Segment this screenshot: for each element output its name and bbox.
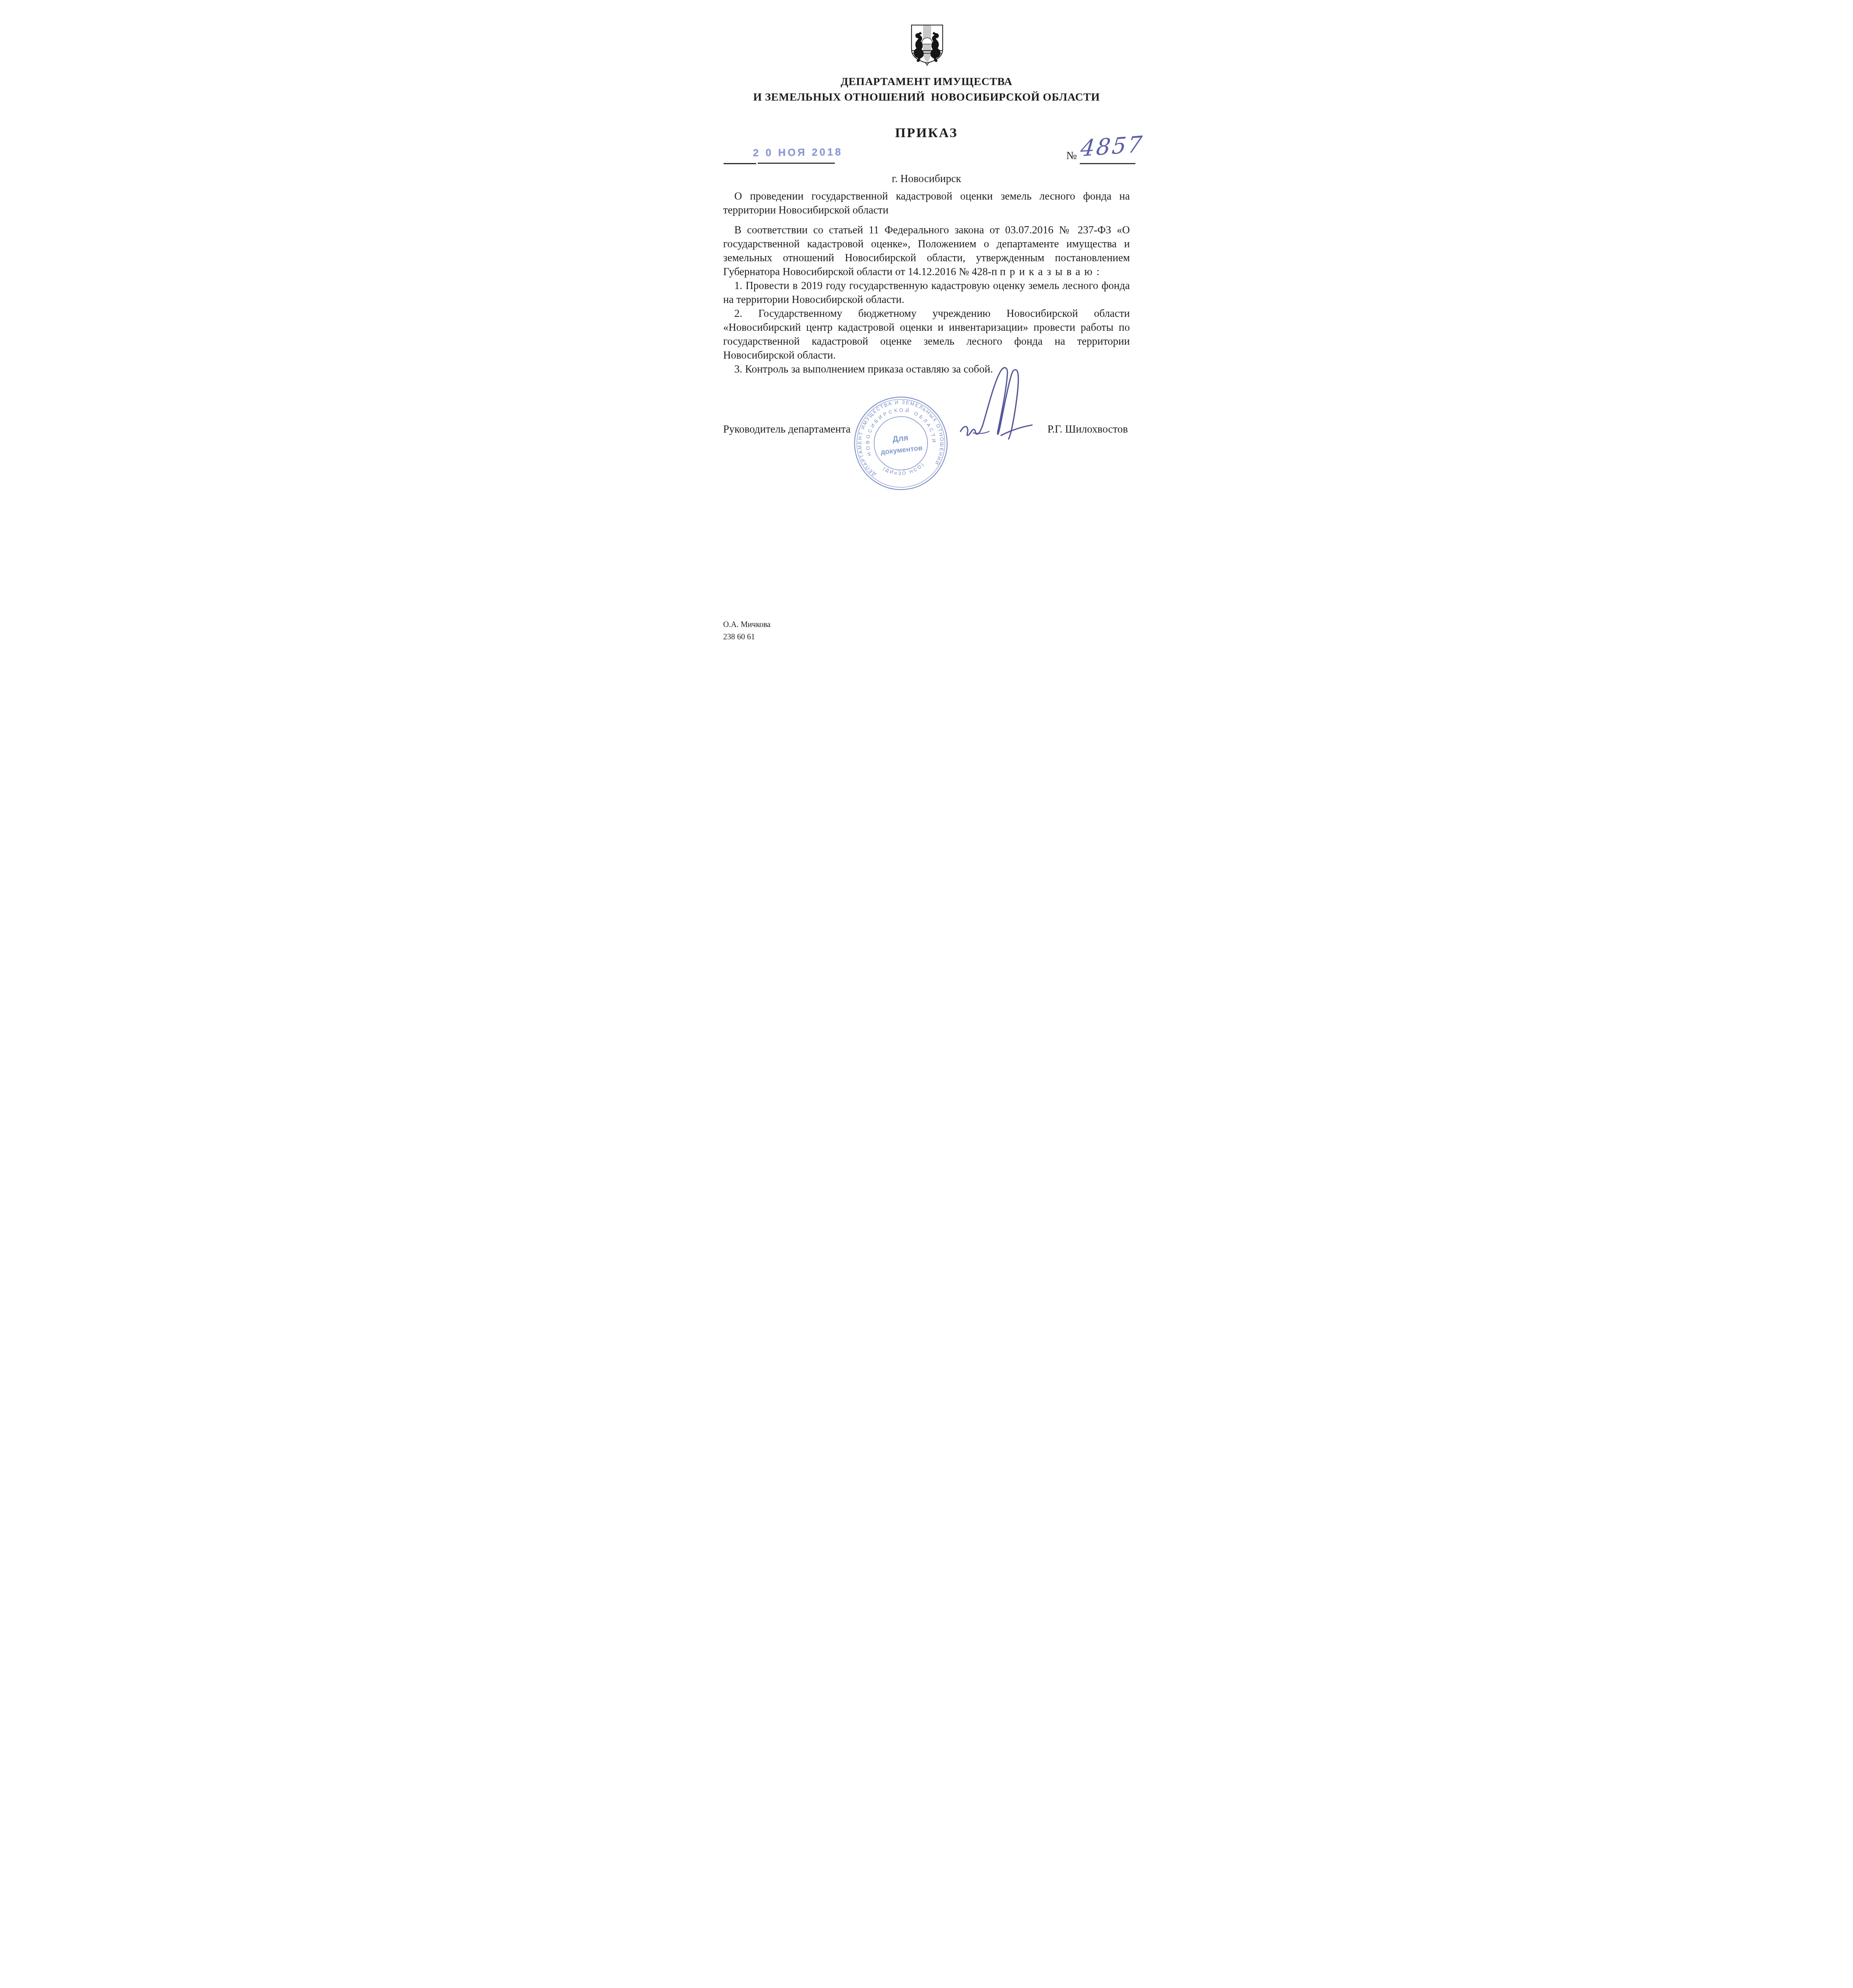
stamp-center-line2: документов — [880, 444, 923, 456]
place-line: г. Новосибирск — [695, 173, 1158, 185]
scanned-order-document: ДЕПАРТАМЕНТ ИМУЩЕСТВА И ЗЕМЕЛЬНЫХ ОТНОШЕ… — [695, 0, 1158, 664]
signature-ink — [949, 363, 1045, 455]
org-name: ДЕПАРТАМЕНТ ИМУЩЕСТВА И ЗЕМЕЛЬНЫХ ОТНОШЕ… — [695, 74, 1158, 105]
coat-of-arms-novosibirsk — [908, 21, 946, 66]
signer-position: Руководитель департамента — [723, 423, 851, 435]
order-item-3: 3. Контроль за выполнением приказа остав… — [723, 362, 1130, 376]
date-underline-right — [758, 163, 835, 164]
date-underline-left — [724, 163, 756, 164]
date-ink-stamp: 2 0 НОЯ 2018 — [753, 146, 843, 159]
number-underline — [1080, 163, 1135, 164]
org-name-line1: ДЕПАРТАМЕНТ ИМУЩЕСТВА — [695, 74, 1158, 89]
signer-name: Р.Г. Шилохвостов — [1048, 423, 1128, 435]
intro-paragraph: В соответствии со статьей 11 Федеральног… — [723, 223, 1130, 279]
footer-executor-block: О.А. Мичкова 238 60 61 — [723, 619, 770, 643]
executor-phone: 238 60 61 — [723, 631, 770, 643]
order-item-2: 2. Государственному бюджетному учреждени… — [723, 307, 1130, 362]
org-name-line2: И ЗЕМЕЛЬНЫХ ОТНОШЕНИЙ НОВОСИБИРСКОЙ ОБЛА… — [695, 89, 1158, 105]
decree-word: приказываю: — [1000, 266, 1104, 278]
official-round-stamp: ДЕПАРТАМЕНТ ИМУЩЕСТВА И ЗЕМЕЛЬНЫХ ОТНОШЕ… — [852, 394, 950, 492]
order-item-1: 1. Провести в 2019 году государственную … — [723, 279, 1130, 307]
number-label: № — [1066, 149, 1077, 162]
stamp-center-line1: Для — [892, 433, 909, 444]
subject-paragraph: О проведении государственной кадастровой… — [723, 189, 1130, 217]
order-number-handwritten: 4857 — [1079, 131, 1145, 162]
document-body: О проведении государственной кадастровой… — [723, 189, 1130, 376]
executor-name: О.А. Мичкова — [723, 619, 770, 631]
